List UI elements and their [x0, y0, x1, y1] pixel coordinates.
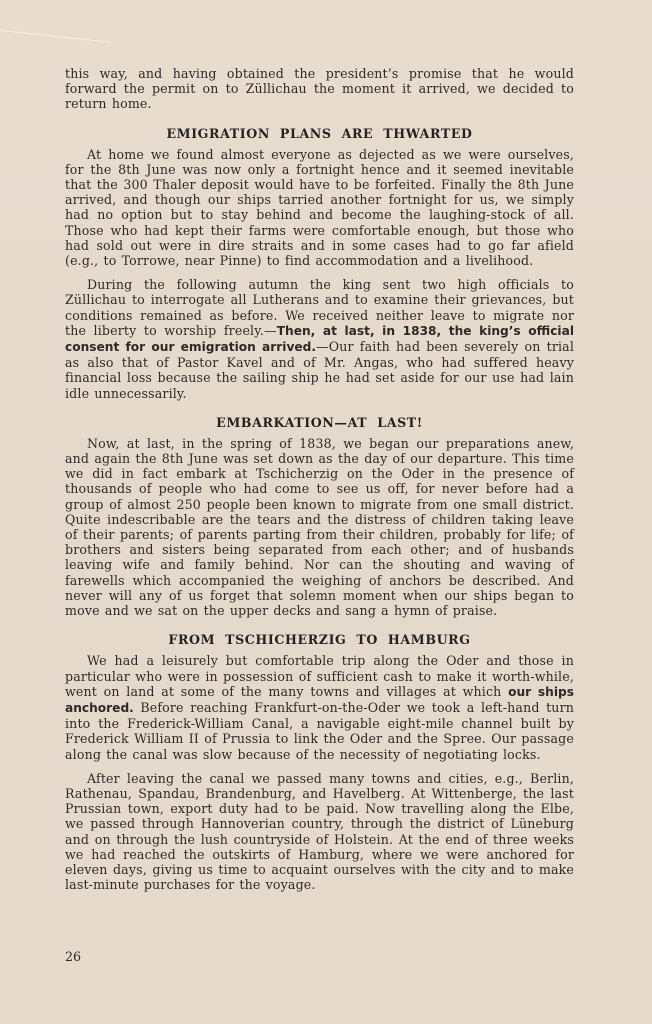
document-page: this way, and having obtained the presid…	[65, 66, 574, 892]
paper-crease	[0, 30, 109, 58]
intro-paragraph: this way, and having obtained the presid…	[65, 66, 574, 112]
section-embarkation: EMBARKATION—AT LAST! Now, at last, in th…	[65, 415, 574, 618]
section-emigration-plans: EMIGRATION PLANS ARE THWARTED At home we…	[65, 126, 574, 401]
page-number: 26	[65, 949, 81, 964]
paragraph: Now, at last, in the spring of 1838, we …	[65, 436, 574, 618]
paragraph: During the following autumn the king sen…	[65, 277, 574, 401]
section-heading: EMBARKATION—AT LAST!	[65, 415, 574, 430]
paragraph-text: Before reaching Frankfurt-on-the-Oder we…	[65, 700, 574, 762]
section-heading: EMIGRATION PLANS ARE THWARTED	[65, 126, 574, 141]
paragraph: At home we found almost everyone as deje…	[65, 147, 574, 269]
section-heading: FROM TSCHICHERZIG TO HAMBURG	[65, 632, 574, 647]
paragraph: After leaving the canal we passed many t…	[65, 771, 574, 893]
paragraph: We had a leisurely but comfortable trip …	[65, 653, 574, 761]
section-tschicherzig-to-hamburg: FROM TSCHICHERZIG TO HAMBURG We had a le…	[65, 632, 574, 892]
paragraph-text: We had a leisurely but comfortable trip …	[65, 653, 574, 698]
